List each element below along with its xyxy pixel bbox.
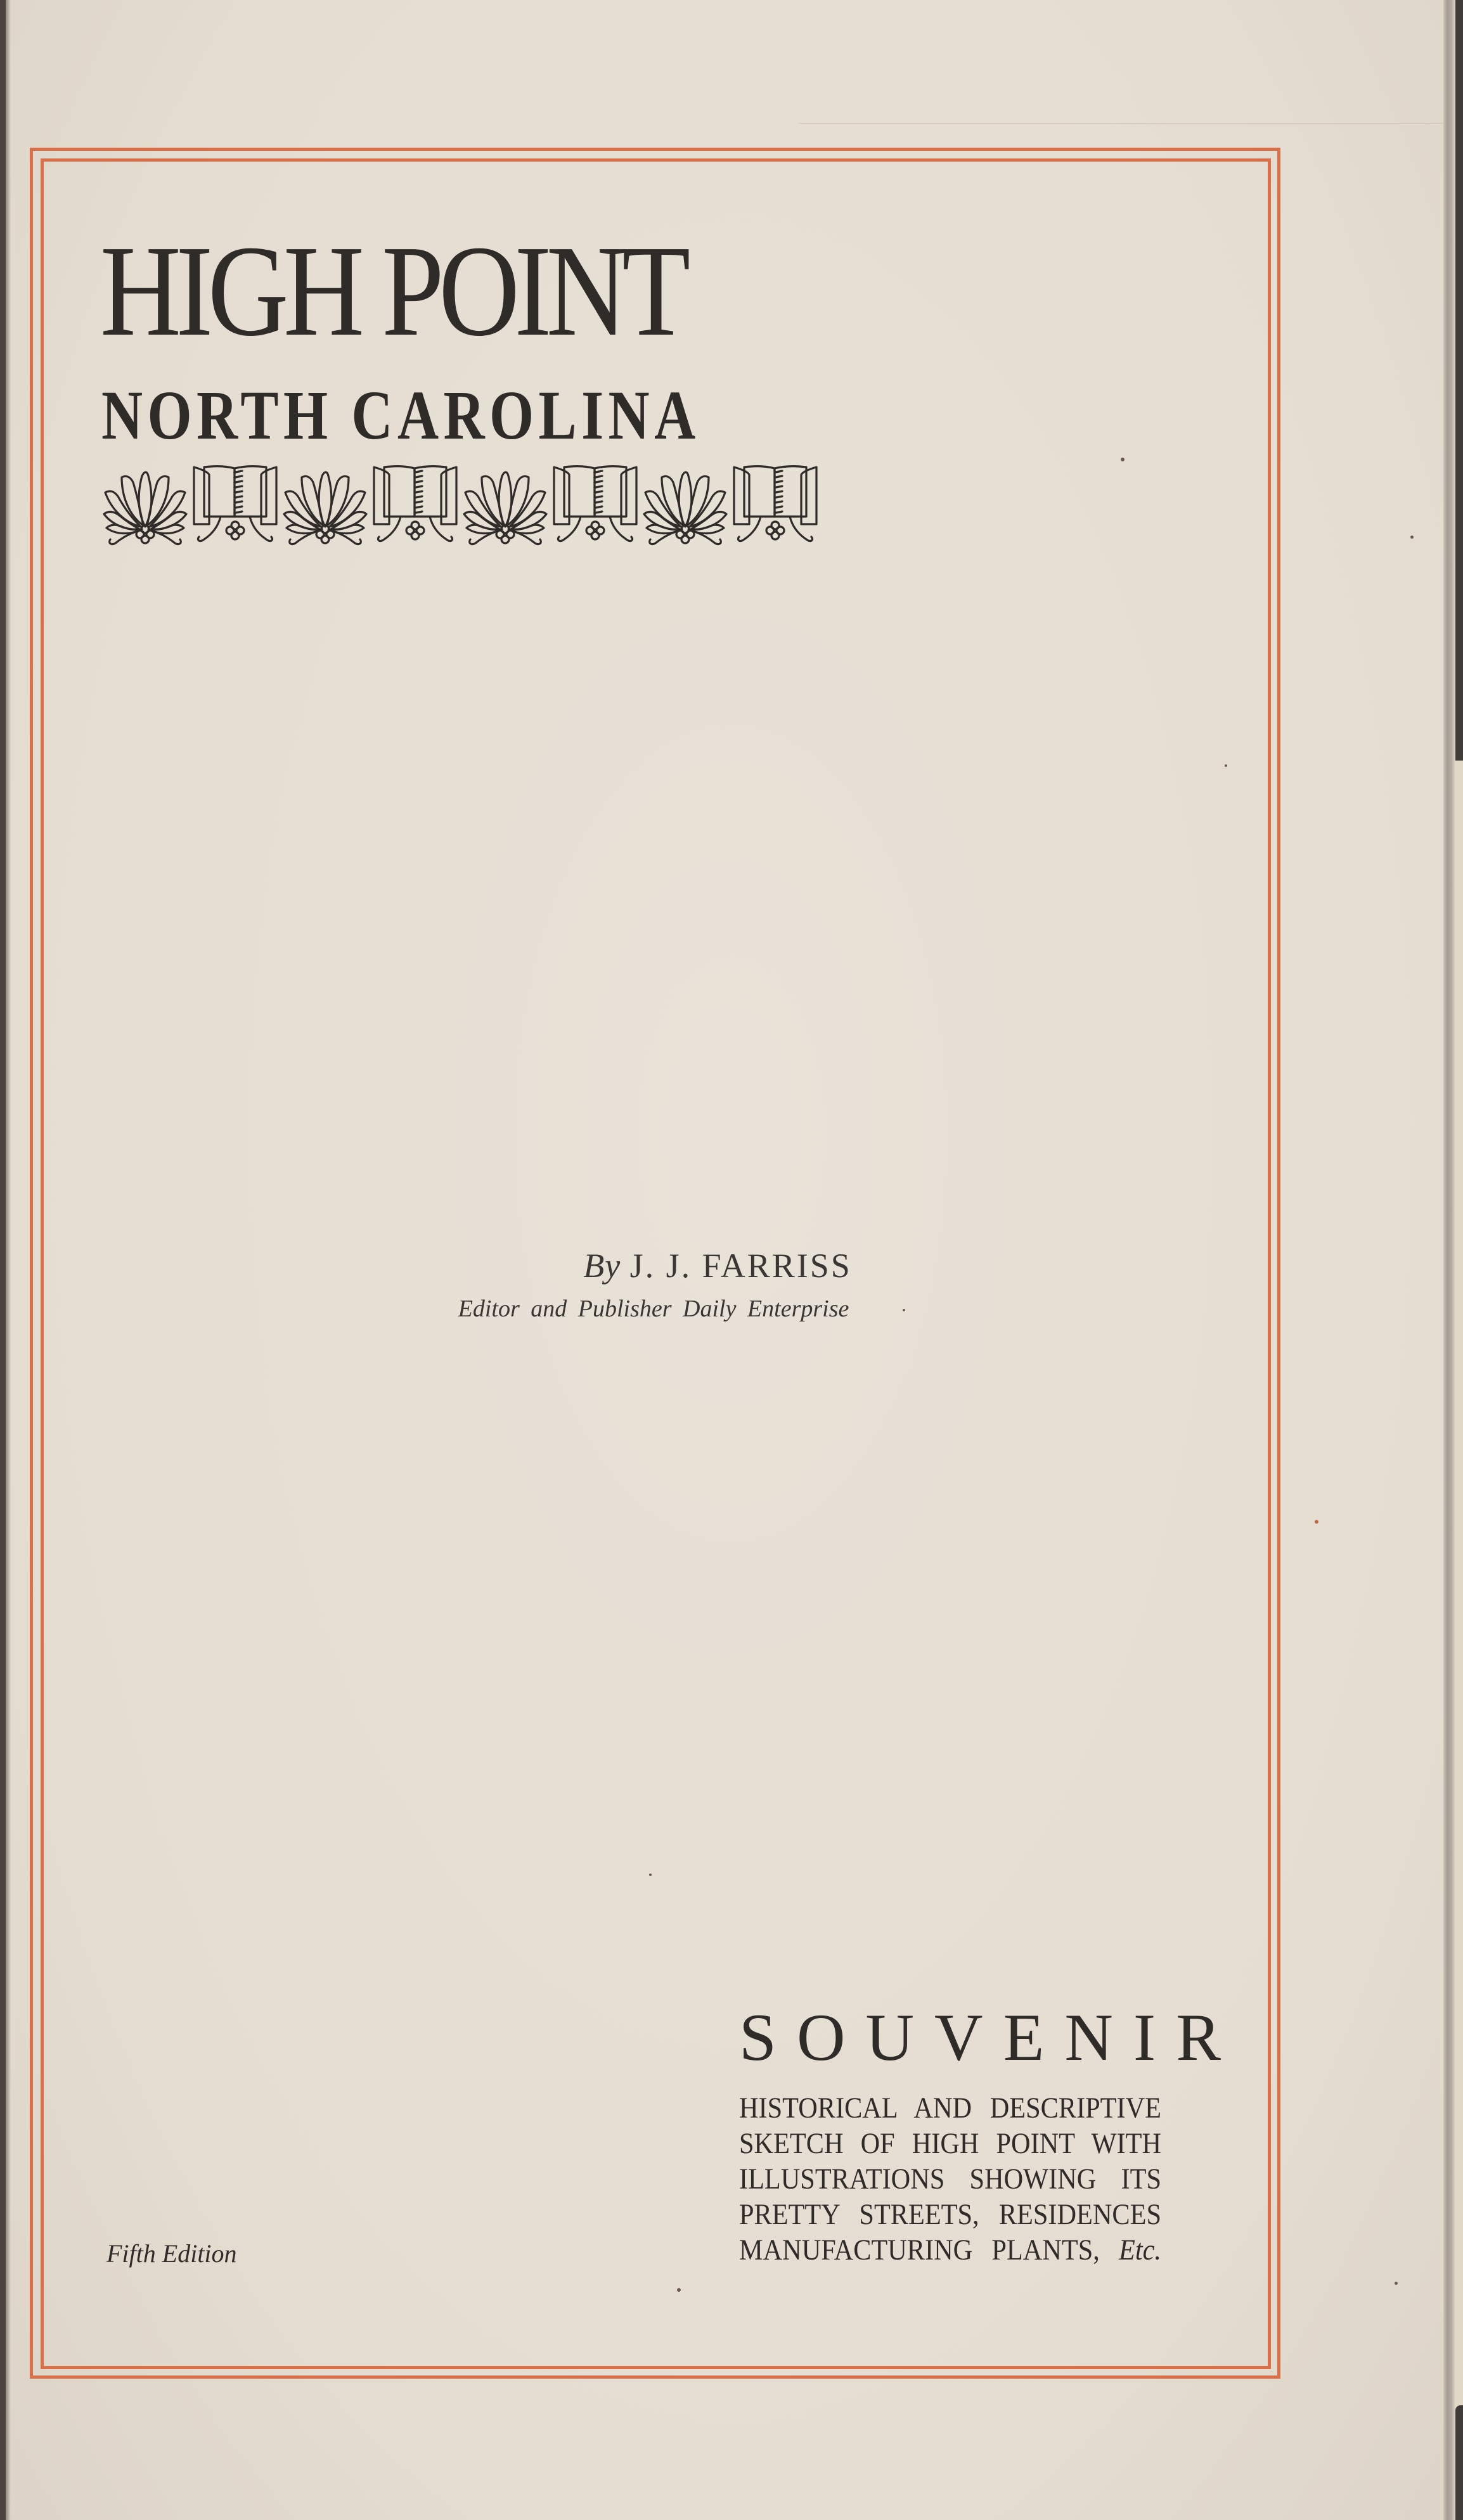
description-line-last: MANUFACTURING PLANTS, Etc. bbox=[739, 2232, 1161, 2268]
cover-edge-right-top bbox=[1455, 0, 1463, 761]
description-line: SKETCH OF HIGH POINT WITH bbox=[739, 2126, 1161, 2161]
description-line-text: MANUFACTURING PLANTS, bbox=[739, 2234, 1100, 2266]
description-line: PRETTY STREETS, RESIDENCES bbox=[739, 2197, 1161, 2232]
paper-speck bbox=[1410, 536, 1414, 539]
open-book-icon bbox=[730, 463, 820, 548]
paper-speck bbox=[903, 1309, 905, 1311]
paper-speck bbox=[1315, 1520, 1318, 1524]
paper-speck bbox=[1225, 764, 1227, 767]
author-role-text: Editor and Publisher Daily Enterprise bbox=[458, 1297, 849, 1321]
byline: By J. J. FARRISS bbox=[0, 1249, 1463, 1283]
description-line: HISTORICAL AND DESCRIPTIVE bbox=[739, 2090, 1161, 2126]
author-role: Editor and Publisher Daily Enterprise bbox=[0, 1297, 1463, 1321]
leaf-spray-icon bbox=[100, 463, 190, 548]
paper-speck bbox=[649, 1874, 652, 1876]
open-book-icon bbox=[370, 463, 460, 548]
open-book-icon bbox=[550, 463, 640, 548]
paper-speck bbox=[677, 2288, 681, 2292]
paper-speck bbox=[1395, 2282, 1398, 2285]
byline-prefix: By bbox=[583, 1247, 621, 1285]
etc-italic: Etc. bbox=[1119, 2234, 1161, 2266]
page-subtitle: NORTH CAROLINA bbox=[101, 380, 700, 450]
paper-speck bbox=[1121, 458, 1125, 461]
paper-fold-line bbox=[799, 123, 1443, 124]
description-line: ILLUSTRATIONS SHOWING ITS bbox=[739, 2161, 1161, 2197]
decorative-ornament-band bbox=[100, 463, 820, 548]
edition-label: Fifth Edition bbox=[106, 2241, 237, 2266]
book-page: HIGH POINT NORTH CAROLINA bbox=[0, 0, 1463, 2520]
open-book-icon bbox=[190, 463, 280, 548]
page-title: HIGH POINT bbox=[100, 226, 685, 356]
leaf-spray-icon bbox=[640, 463, 730, 548]
cover-edge-right-bottom bbox=[1455, 2405, 1463, 2520]
leaf-spray-icon bbox=[280, 463, 370, 548]
leaf-spray-icon bbox=[460, 463, 550, 548]
author-name: J. J. FARRISS bbox=[630, 1247, 852, 1285]
souvenir-description: HISTORICAL AND DESCRIPTIVE SKETCH OF HIG… bbox=[739, 2090, 1208, 2268]
souvenir-heading: SOUVENIR bbox=[739, 2004, 1241, 2071]
